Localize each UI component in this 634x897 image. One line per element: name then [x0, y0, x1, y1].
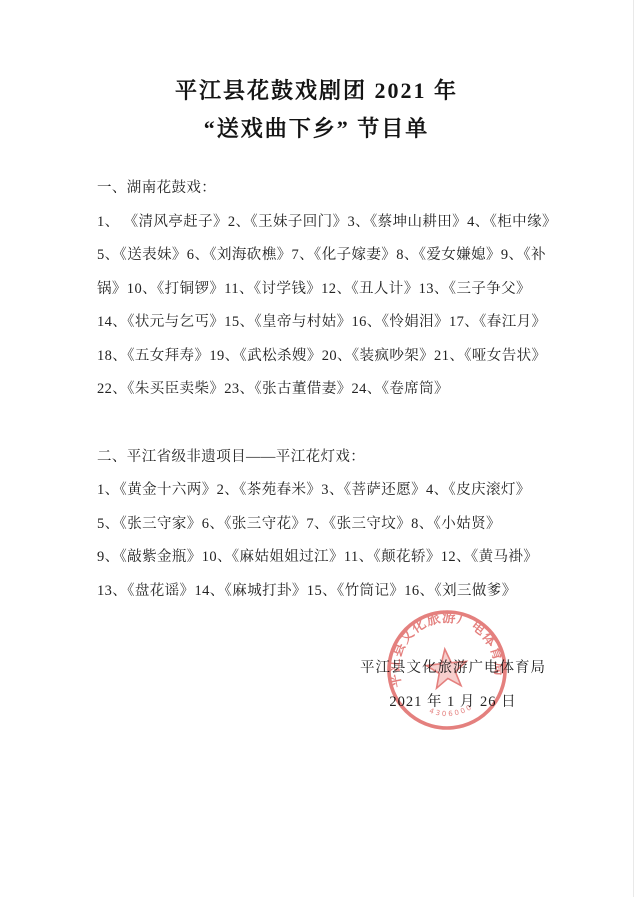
- signing-agency: 平江县文化旅游广电体育局: [360, 652, 546, 684]
- section-2-line-3: 9、《敲紫金瓶》10、《麻姑姐姐过江》11、《颠花轿》12、《黄马褂》: [97, 541, 557, 575]
- title-line-2: “送戏曲下乡” 节目单: [0, 110, 633, 148]
- title-line-1: 平江县花鼓戏剧团 2021 年: [0, 72, 633, 110]
- section-1-line-5: 18、《五女拜寿》19、《武松杀嫂》20、《装疯吵架》21、《哑女告状》: [97, 340, 557, 374]
- section-1-line-2: 5、《送表妹》6、《刘海砍樵》7、《化子嫁妻》8、《爱女嫌媳》9、《补: [97, 239, 557, 273]
- document-title: 平江县花鼓戏剧团 2021 年 “送戏曲下乡” 节目单: [0, 0, 633, 148]
- section-2-line-2: 5、《张三守家》6、《张三守花》7、《张三守坟》8、《小姑贤》: [97, 508, 557, 542]
- section-2-heading: 二、平江省级非遗项目——平江花灯戏：: [97, 441, 557, 475]
- section-huadeng-opera: 二、平江省级非遗项目——平江花灯戏： 1、《黄金十六两》2、《茶苑春米》3、《菩…: [97, 441, 557, 609]
- section-1-line-3: 锅》10、《打铜锣》11、《讨学钱》12、《丑人计》13、《三子争父》: [97, 273, 557, 307]
- section-2-line-4: 13、《盘花谣》14、《麻城打卦》15、《竹筒记》16、《刘三做爹》: [97, 575, 557, 609]
- signing-date: 2021 年 1 月 26 日: [360, 684, 546, 720]
- section-huagu-opera: 一、湖南花鼓戏： 1、 《清风亭赶子》2、《王妹子回门》3、《蔡坤山耕田》4、《…: [97, 172, 557, 407]
- section-1-line-1: 1、 《清风亭赶子》2、《王妹子回门》3、《蔡坤山耕田》4、《柜中缘》: [97, 206, 557, 240]
- section-1-line-6: 22、《朱买臣卖柴》23、《张古董借妻》24、《卷席筒》: [97, 373, 557, 407]
- section-1-line-4: 14、《状元与乞丐》15、《皇帝与村姑》16、《怜娟泪》17、《春江月》: [97, 306, 557, 340]
- signature-block: 平江县文化旅游广电体育局 2021 年 1 月 26 日: [360, 652, 546, 720]
- document-page: 平江县花鼓戏剧团 2021 年 “送戏曲下乡” 节目单 一、湖南花鼓戏： 1、 …: [0, 0, 634, 897]
- program-list: 一、湖南花鼓戏： 1、 《清风亭赶子》2、《王妹子回门》3、《蔡坤山耕田》4、《…: [97, 172, 557, 608]
- section-2-line-1: 1、《黄金十六两》2、《茶苑春米》3、《菩萨还愿》4、《皮庆滚灯》: [97, 474, 557, 508]
- section-1-heading: 一、湖南花鼓戏：: [97, 172, 557, 206]
